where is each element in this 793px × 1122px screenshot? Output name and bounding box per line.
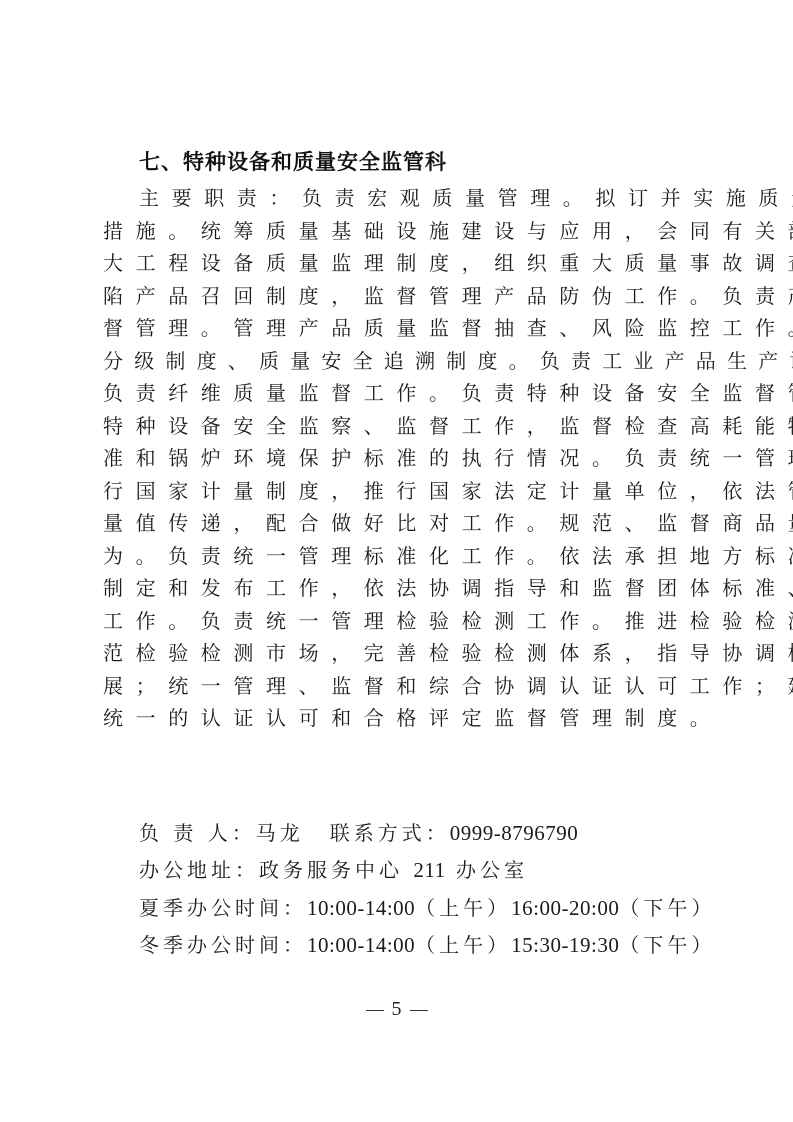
paragraph-line: 行国家计量制度，推行国家法定计量单位，依法管理计量器具及 bbox=[103, 476, 703, 506]
summer-pm-time: 16:00-20:00 bbox=[511, 896, 619, 920]
summer-label: 夏季办公时间： bbox=[139, 896, 307, 920]
address-prefix: 政务服务中心 bbox=[259, 858, 403, 882]
winter-pm-time: 15:30-19:30 bbox=[511, 933, 619, 957]
address-label: 办公地址： bbox=[139, 858, 259, 882]
paragraph-line: 制定和发布工作，依法协调指导和监督团体标准、企业标准制定 bbox=[103, 573, 703, 603]
paragraph-line: 统一的认证认可和合格评定监督管理制度。 bbox=[103, 703, 703, 733]
winter-pm-tag: （下午） bbox=[619, 933, 715, 957]
summer-pm-tag: （下午） bbox=[619, 896, 715, 920]
phone-label: 联系方式： bbox=[330, 821, 450, 845]
paragraph-line: 分级制度、质量安全追溯制度。负责工业产品生产许可监督管理。 bbox=[103, 346, 703, 376]
winter-hours-line: 冬季办公时间：10:00-14:00（上午）15:30-19:30（下午） bbox=[139, 930, 715, 960]
document-page: 七、特种设备和质量安全监管科 主要职责：负责宏观质量管理。拟订并实施质量发展的制… bbox=[0, 0, 793, 1122]
paragraph-line: 为。负责统一管理标准化工作。依法承担地方标准的立项、编号 bbox=[103, 541, 703, 571]
contact-person-line: 负 责 人：马龙联系方式：0999-8796790 bbox=[139, 818, 578, 848]
paragraph-line: 特种设备安全监察、监督工作，监督检查高耗能特种设备节能标 bbox=[103, 411, 703, 441]
paragraph-line: 准和锅炉环境保护标准的执行情况。负责统一管理计量工作。执 bbox=[103, 443, 703, 473]
address-line: 办公地址：政务服务中心 211 办公室 bbox=[139, 855, 528, 885]
page-number: 5 bbox=[392, 998, 402, 1020]
paragraph-line: 大工程设备质量监理制度，组织重大质量事故调查，组织实施缺 bbox=[103, 248, 703, 278]
section-heading: 七、特种设备和质量安全监管科 bbox=[139, 147, 447, 177]
paragraph-line: 督管理。管理产品质量监督抽查、风险监控工作。组织实施质量 bbox=[103, 313, 703, 343]
person-label: 负 责 人： bbox=[139, 821, 256, 845]
address-room: 211 bbox=[413, 858, 445, 882]
summer-am-time: 10:00-14:00 bbox=[307, 896, 415, 920]
footer-dash-left bbox=[366, 1010, 384, 1012]
summer-hours-line: 夏季办公时间：10:00-14:00（上午）16:00-20:00（下午） bbox=[139, 893, 715, 923]
winter-am-time: 10:00-14:00 bbox=[307, 933, 415, 957]
paragraph-line: 工作。负责统一管理检验检测工作。推进检验检测机构改革，规 bbox=[103, 606, 703, 636]
address-suffix: 办公室 bbox=[456, 858, 528, 882]
paragraph-line: 陷产品召回制度，监督管理产品防伪工作。负责产品质量安全监 bbox=[103, 281, 703, 311]
summer-am-tag: （上午） bbox=[415, 896, 511, 920]
footer-dash-right bbox=[410, 1010, 428, 1012]
page-footer: 5 bbox=[0, 998, 793, 1021]
paragraph-line: 量值传递，配合做好比对工作。规范、监督商品量和市场计量行 bbox=[103, 508, 703, 538]
paragraph-line: 措施。统筹质量基础设施建设与应用，会同有关部门组织实施重 bbox=[103, 216, 703, 246]
paragraph-line: 主要职责：负责宏观质量管理。拟订并实施质量发展的制度 bbox=[139, 183, 739, 213]
paragraph-line: 范检验检测市场，完善检验检测体系，指导协调检验检测行业发 bbox=[103, 638, 703, 668]
phone-value: 0999-8796790 bbox=[450, 821, 579, 845]
paragraph-line: 负责纤维质量监督工作。负责特种设备安全监督管理。综合管理 bbox=[103, 378, 703, 408]
paragraph-line: 展；统一管理、监督和综合协调认证认可工作；建立并组织实施 bbox=[103, 671, 703, 701]
person-value: 马龙 bbox=[256, 821, 304, 845]
winter-am-tag: （上午） bbox=[415, 933, 511, 957]
winter-label: 冬季办公时间： bbox=[139, 933, 307, 957]
